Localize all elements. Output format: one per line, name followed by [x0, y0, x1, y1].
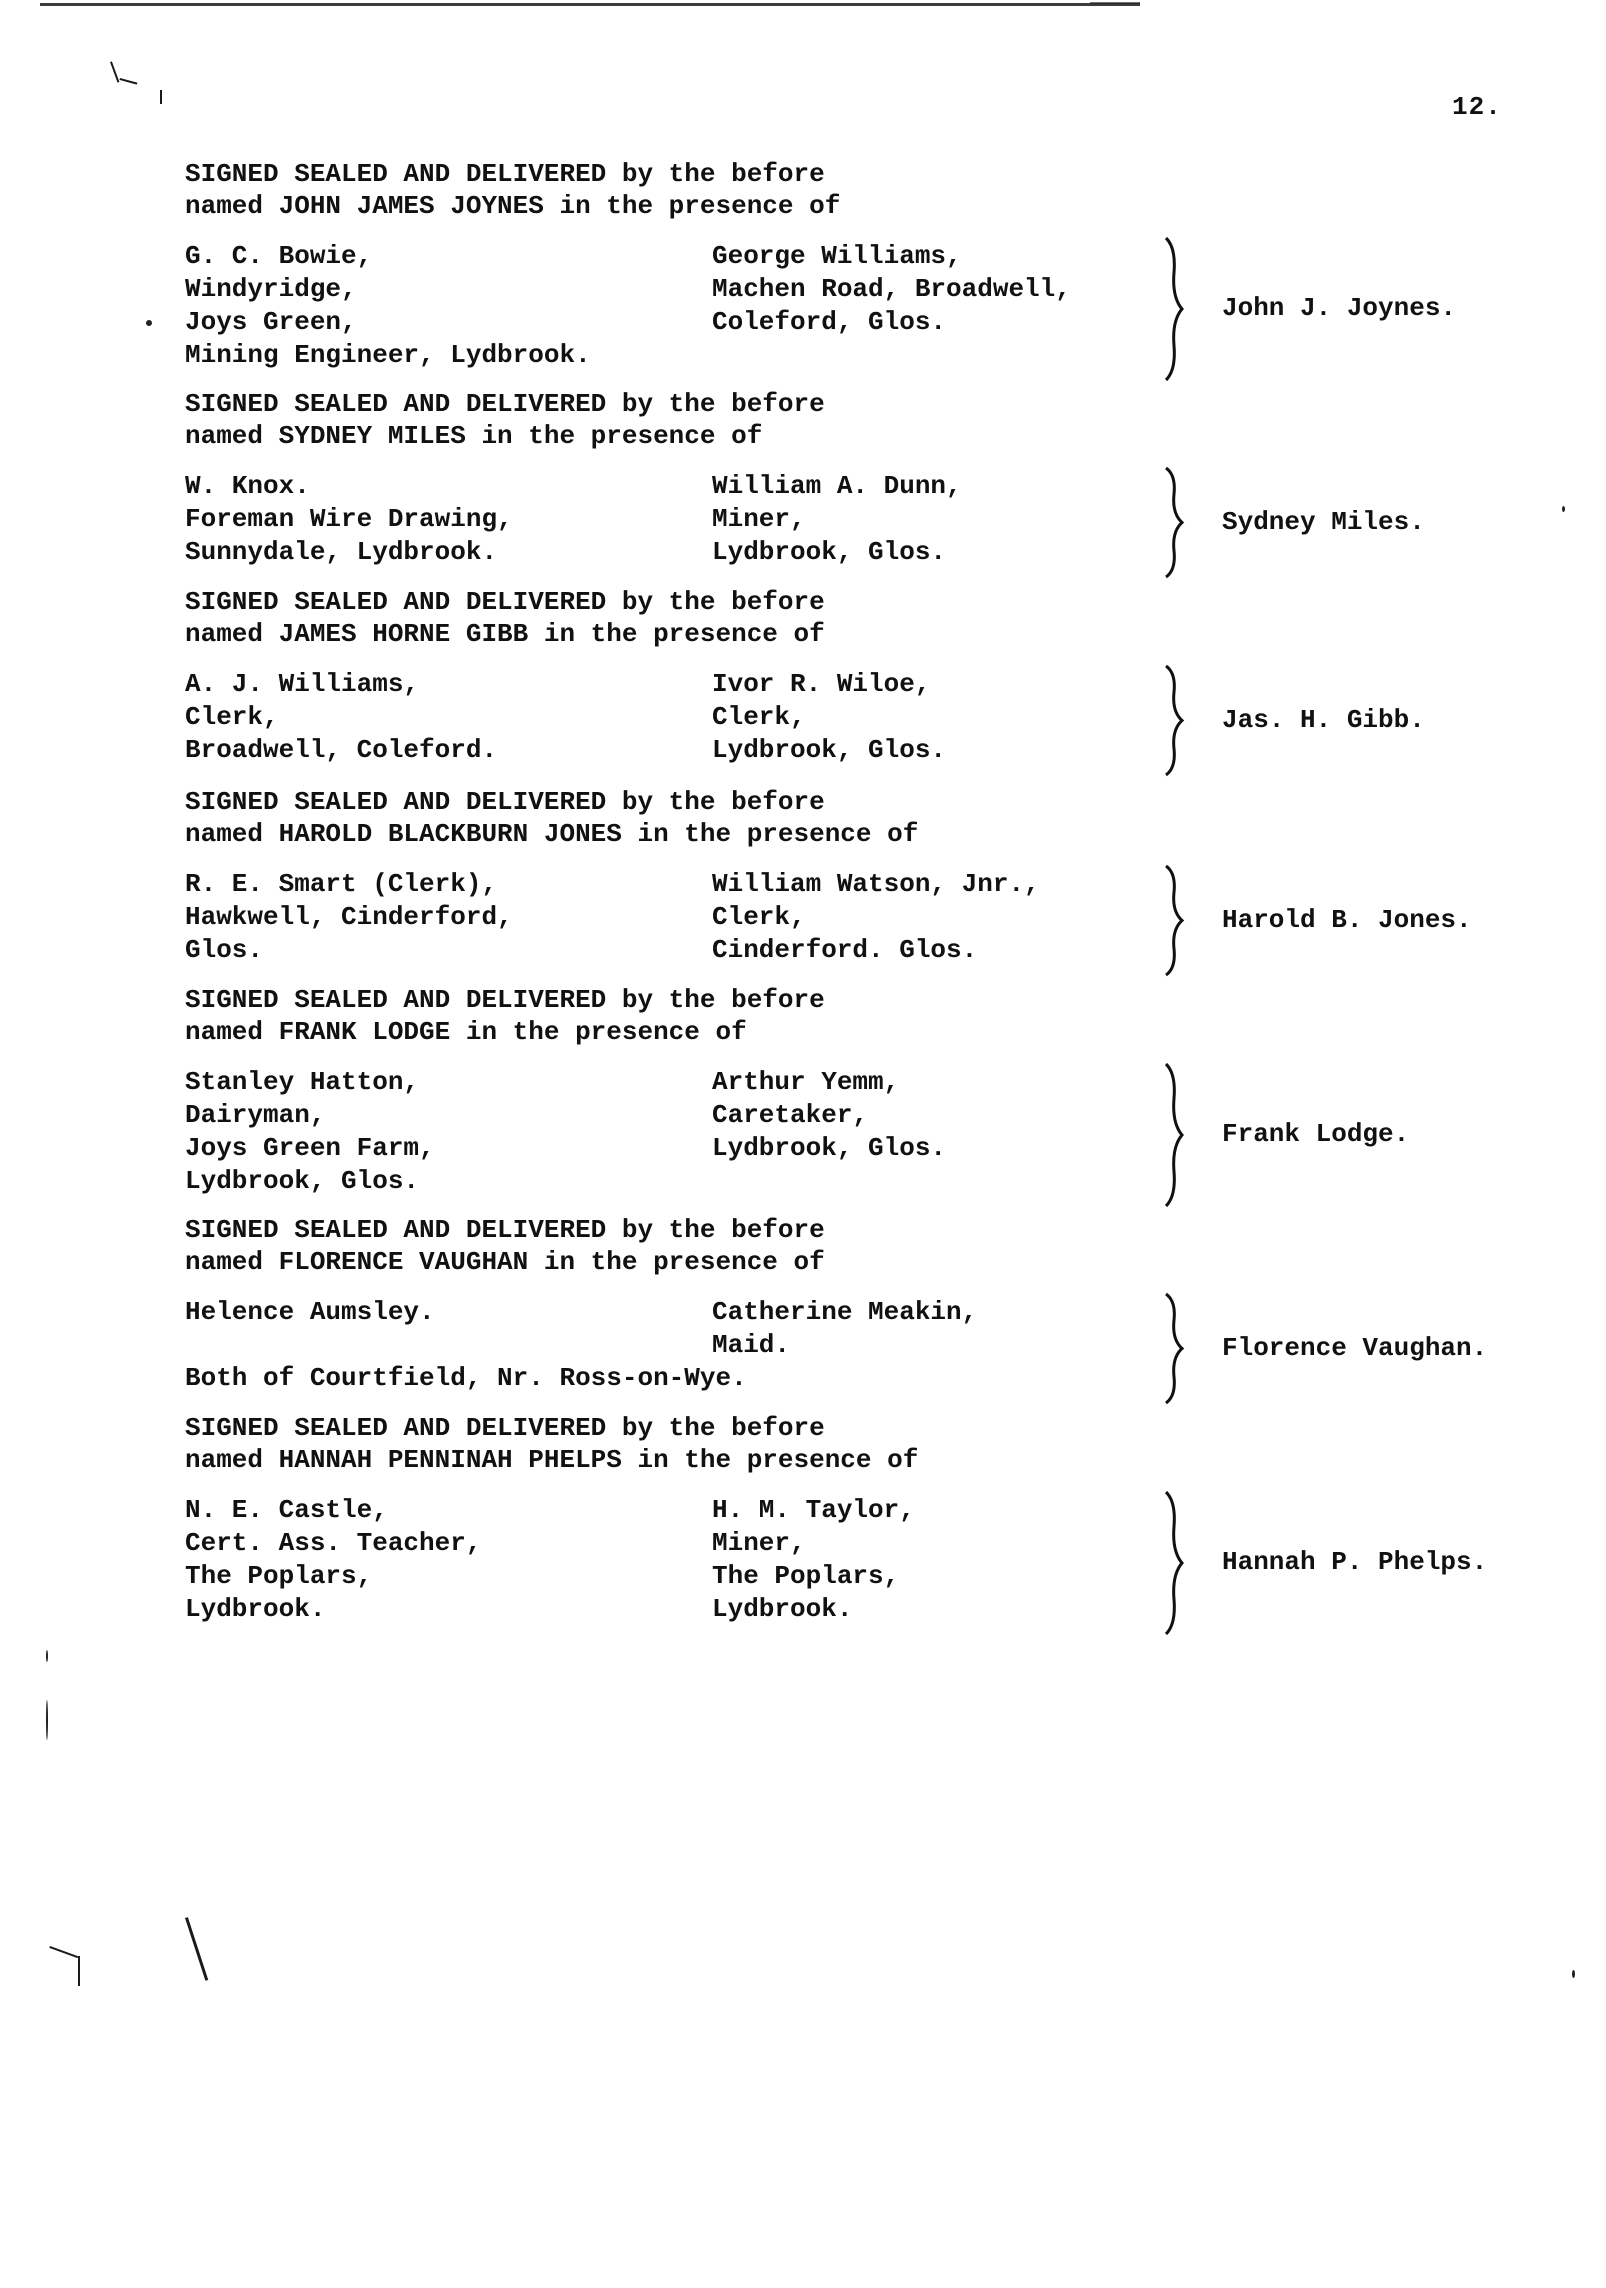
attestation-heading: SIGNED SEALED AND DELIVERED by the befor… [185, 1214, 825, 1278]
heading-line: SIGNED SEALED AND DELIVERED by the befor… [185, 158, 840, 190]
witness-detail-line: Catherine Meakin, [712, 1296, 977, 1329]
right-brace-icon [1160, 864, 1190, 977]
right-brace-icon [1160, 664, 1190, 777]
signatory-name: John J. Joynes. [1222, 295, 1456, 321]
second-witness: Catherine Meakin,Maid. [712, 1296, 977, 1362]
second-witness: William A. Dunn,Miner,Lydbrook, Glos. [712, 470, 962, 569]
first-witness: Stanley Hatton,Dairyman,Joys Green Farm,… [185, 1066, 435, 1198]
witness-detail-line: Joys Green, [185, 306, 591, 339]
witness-detail-line: The Poplars, [712, 1560, 915, 1593]
witness-detail-line: Arthur Yemm, [712, 1066, 946, 1099]
witness-detail-line: Machen Road, Broadwell, [712, 273, 1071, 306]
heading-line: named HAROLD BLACKBURN JONES in the pres… [185, 818, 918, 850]
witness-detail-line: Miner, [712, 503, 962, 536]
signatory-name: Hannah P. Phelps. [1222, 1549, 1487, 1575]
scan-mark-top-left [110, 61, 119, 82]
signatory-name: Florence Vaughan. [1222, 1335, 1487, 1361]
scan-mark-bottom-left-curve-2 [78, 1956, 80, 1986]
scan-speck [46, 1700, 48, 1740]
witness-detail-line: Stanley Hatton, [185, 1066, 435, 1099]
right-brace-icon [1160, 236, 1190, 382]
attestation-heading: SIGNED SEALED AND DELIVERED by the befor… [185, 786, 918, 850]
attestation-heading: SIGNED SEALED AND DELIVERED by the befor… [185, 984, 825, 1048]
witness-detail-line: Clerk, [712, 701, 946, 734]
signatory-name: Harold B. Jones. [1222, 907, 1472, 933]
heading-line: named FRANK LODGE in the presence of [185, 1016, 825, 1048]
scan-mark-bottom-left-curve [49, 1946, 78, 1958]
witness-detail-line: Caretaker, [712, 1099, 946, 1132]
attestation-heading: SIGNED SEALED AND DELIVERED by the befor… [185, 586, 825, 650]
second-witness: William Watson, Jnr.,Clerk,Cinderford. G… [712, 868, 1040, 967]
witness-detail-line: G. C. Bowie, [185, 240, 591, 273]
heading-line: SIGNED SEALED AND DELIVERED by the befor… [185, 1214, 825, 1246]
first-witness: W. Knox.Foreman Wire Drawing,Sunnydale, … [185, 470, 513, 569]
witness-detail-line: Miner, [712, 1527, 915, 1560]
signatory-name: Frank Lodge. [1222, 1121, 1409, 1147]
scan-speck [146, 320, 152, 326]
heading-line: SIGNED SEALED AND DELIVERED by the befor… [185, 786, 918, 818]
witness-detail-line: Lydbrook. [185, 1593, 481, 1626]
witness-detail-line: Lydbrook, Glos. [712, 734, 946, 767]
witness-detail-line: R. E. Smart (Clerk), [185, 868, 513, 901]
heading-line: named HANNAH PENNINAH PHELPS in the pres… [185, 1444, 918, 1476]
scan-mark-top-left-2 [119, 78, 137, 85]
attestation-heading: SIGNED SEALED AND DELIVERED by the befor… [185, 158, 840, 222]
first-witness: G. C. Bowie,Windyridge,Joys Green,Mining… [185, 240, 591, 372]
page-number: 12. [1452, 94, 1502, 120]
first-witness: Helence Aumsley.Both of Courtfield, Nr. … [185, 1296, 747, 1395]
witness-detail-line: Hawkwell, Cinderford, [185, 901, 513, 934]
signatory-name: Jas. H. Gibb. [1222, 707, 1425, 733]
witness-detail-line: Sunnydale, Lydbrook. [185, 536, 513, 569]
witness-detail-line: H. M. Taylor, [712, 1494, 915, 1527]
heading-line: named JAMES HORNE GIBB in the presence o… [185, 618, 825, 650]
first-witness: A. J. Williams,Clerk,Broadwell, Coleford… [185, 668, 497, 767]
witness-detail-line: N. E. Castle, [185, 1494, 481, 1527]
witness-detail-line: Coleford, Glos. [712, 306, 1071, 339]
witness-detail-line: Both of Courtfield, Nr. Ross-on-Wye. [185, 1362, 747, 1395]
witness-detail-line: Lydbrook. [712, 1593, 915, 1626]
witness-detail-line: Lydbrook, Glos. [712, 1132, 946, 1165]
witness-detail-line: W. Knox. [185, 470, 513, 503]
attestation-heading: SIGNED SEALED AND DELIVERED by the befor… [185, 388, 825, 452]
top-edge-rule-tail [1090, 2, 1140, 4]
heading-line: SIGNED SEALED AND DELIVERED by the befor… [185, 984, 825, 1016]
witness-detail-line: Windyridge, [185, 273, 591, 306]
second-witness: H. M. Taylor,Miner,The Poplars,Lydbrook. [712, 1494, 915, 1626]
witness-detail-line: Cert. Ass. Teacher, [185, 1527, 481, 1560]
first-witness: R. E. Smart (Clerk),Hawkwell, Cinderford… [185, 868, 513, 967]
witness-detail-line: Foreman Wire Drawing, [185, 503, 513, 536]
right-brace-icon [1160, 1490, 1190, 1636]
second-witness: Arthur Yemm,Caretaker,Lydbrook, Glos. [712, 1066, 946, 1165]
witness-detail-line: George Williams, [712, 240, 1071, 273]
attestation-heading: SIGNED SEALED AND DELIVERED by the befor… [185, 1412, 918, 1476]
document-page: 12. SIGNED SEALED AND DELIVERED by the b… [0, 0, 1606, 2288]
second-witness: Ivor R. Wiloe,Clerk,Lydbrook, Glos. [712, 668, 946, 767]
right-brace-icon [1160, 466, 1190, 579]
witness-detail-line: William Watson, Jnr., [712, 868, 1040, 901]
witness-detail-line: Maid. [712, 1329, 977, 1362]
witness-detail-line: Glos. [185, 934, 513, 967]
witness-detail-line: William A. Dunn, [712, 470, 962, 503]
first-witness: N. E. Castle,Cert. Ass. Teacher,The Popl… [185, 1494, 481, 1626]
scan-mark-top-left-3 [160, 90, 162, 104]
witness-detail-line: Ivor R. Wiloe, [712, 668, 946, 701]
witness-detail-line [185, 1329, 747, 1362]
heading-line: SIGNED SEALED AND DELIVERED by the befor… [185, 388, 825, 420]
heading-line: named JOHN JAMES JOYNES in the presence … [185, 190, 840, 222]
witness-detail-line: Cinderford. Glos. [712, 934, 1040, 967]
heading-line: SIGNED SEALED AND DELIVERED by the befor… [185, 1412, 918, 1444]
right-brace-icon [1160, 1292, 1190, 1405]
scan-speck [1572, 1970, 1575, 1978]
witness-detail-line: Helence Aumsley. [185, 1296, 747, 1329]
witness-detail-line: Mining Engineer, Lydbrook. [185, 339, 591, 372]
scan-speck [1562, 506, 1565, 512]
heading-line: named SYDNEY MILES in the presence of [185, 420, 825, 452]
signatory-name: Sydney Miles. [1222, 509, 1425, 535]
witness-detail-line: Dairyman, [185, 1099, 435, 1132]
right-brace-icon [1160, 1062, 1190, 1208]
heading-line: named FLORENCE VAUGHAN in the presence o… [185, 1246, 825, 1278]
witness-detail-line: Lydbrook, Glos. [185, 1165, 435, 1198]
witness-detail-line: Joys Green Farm, [185, 1132, 435, 1165]
witness-detail-line: Broadwell, Coleford. [185, 734, 497, 767]
witness-detail-line: Clerk, [712, 901, 1040, 934]
witness-detail-line: A. J. Williams, [185, 668, 497, 701]
witness-detail-line: Clerk, [185, 701, 497, 734]
heading-line: SIGNED SEALED AND DELIVERED by the befor… [185, 586, 825, 618]
scan-speck [46, 1650, 48, 1662]
scan-mark-bottom-diagonal [185, 1917, 208, 1981]
top-edge-rule [40, 3, 1140, 6]
witness-detail-line: Lydbrook, Glos. [712, 536, 962, 569]
second-witness: George Williams,Machen Road, Broadwell,C… [712, 240, 1071, 339]
witness-detail-line: The Poplars, [185, 1560, 481, 1593]
